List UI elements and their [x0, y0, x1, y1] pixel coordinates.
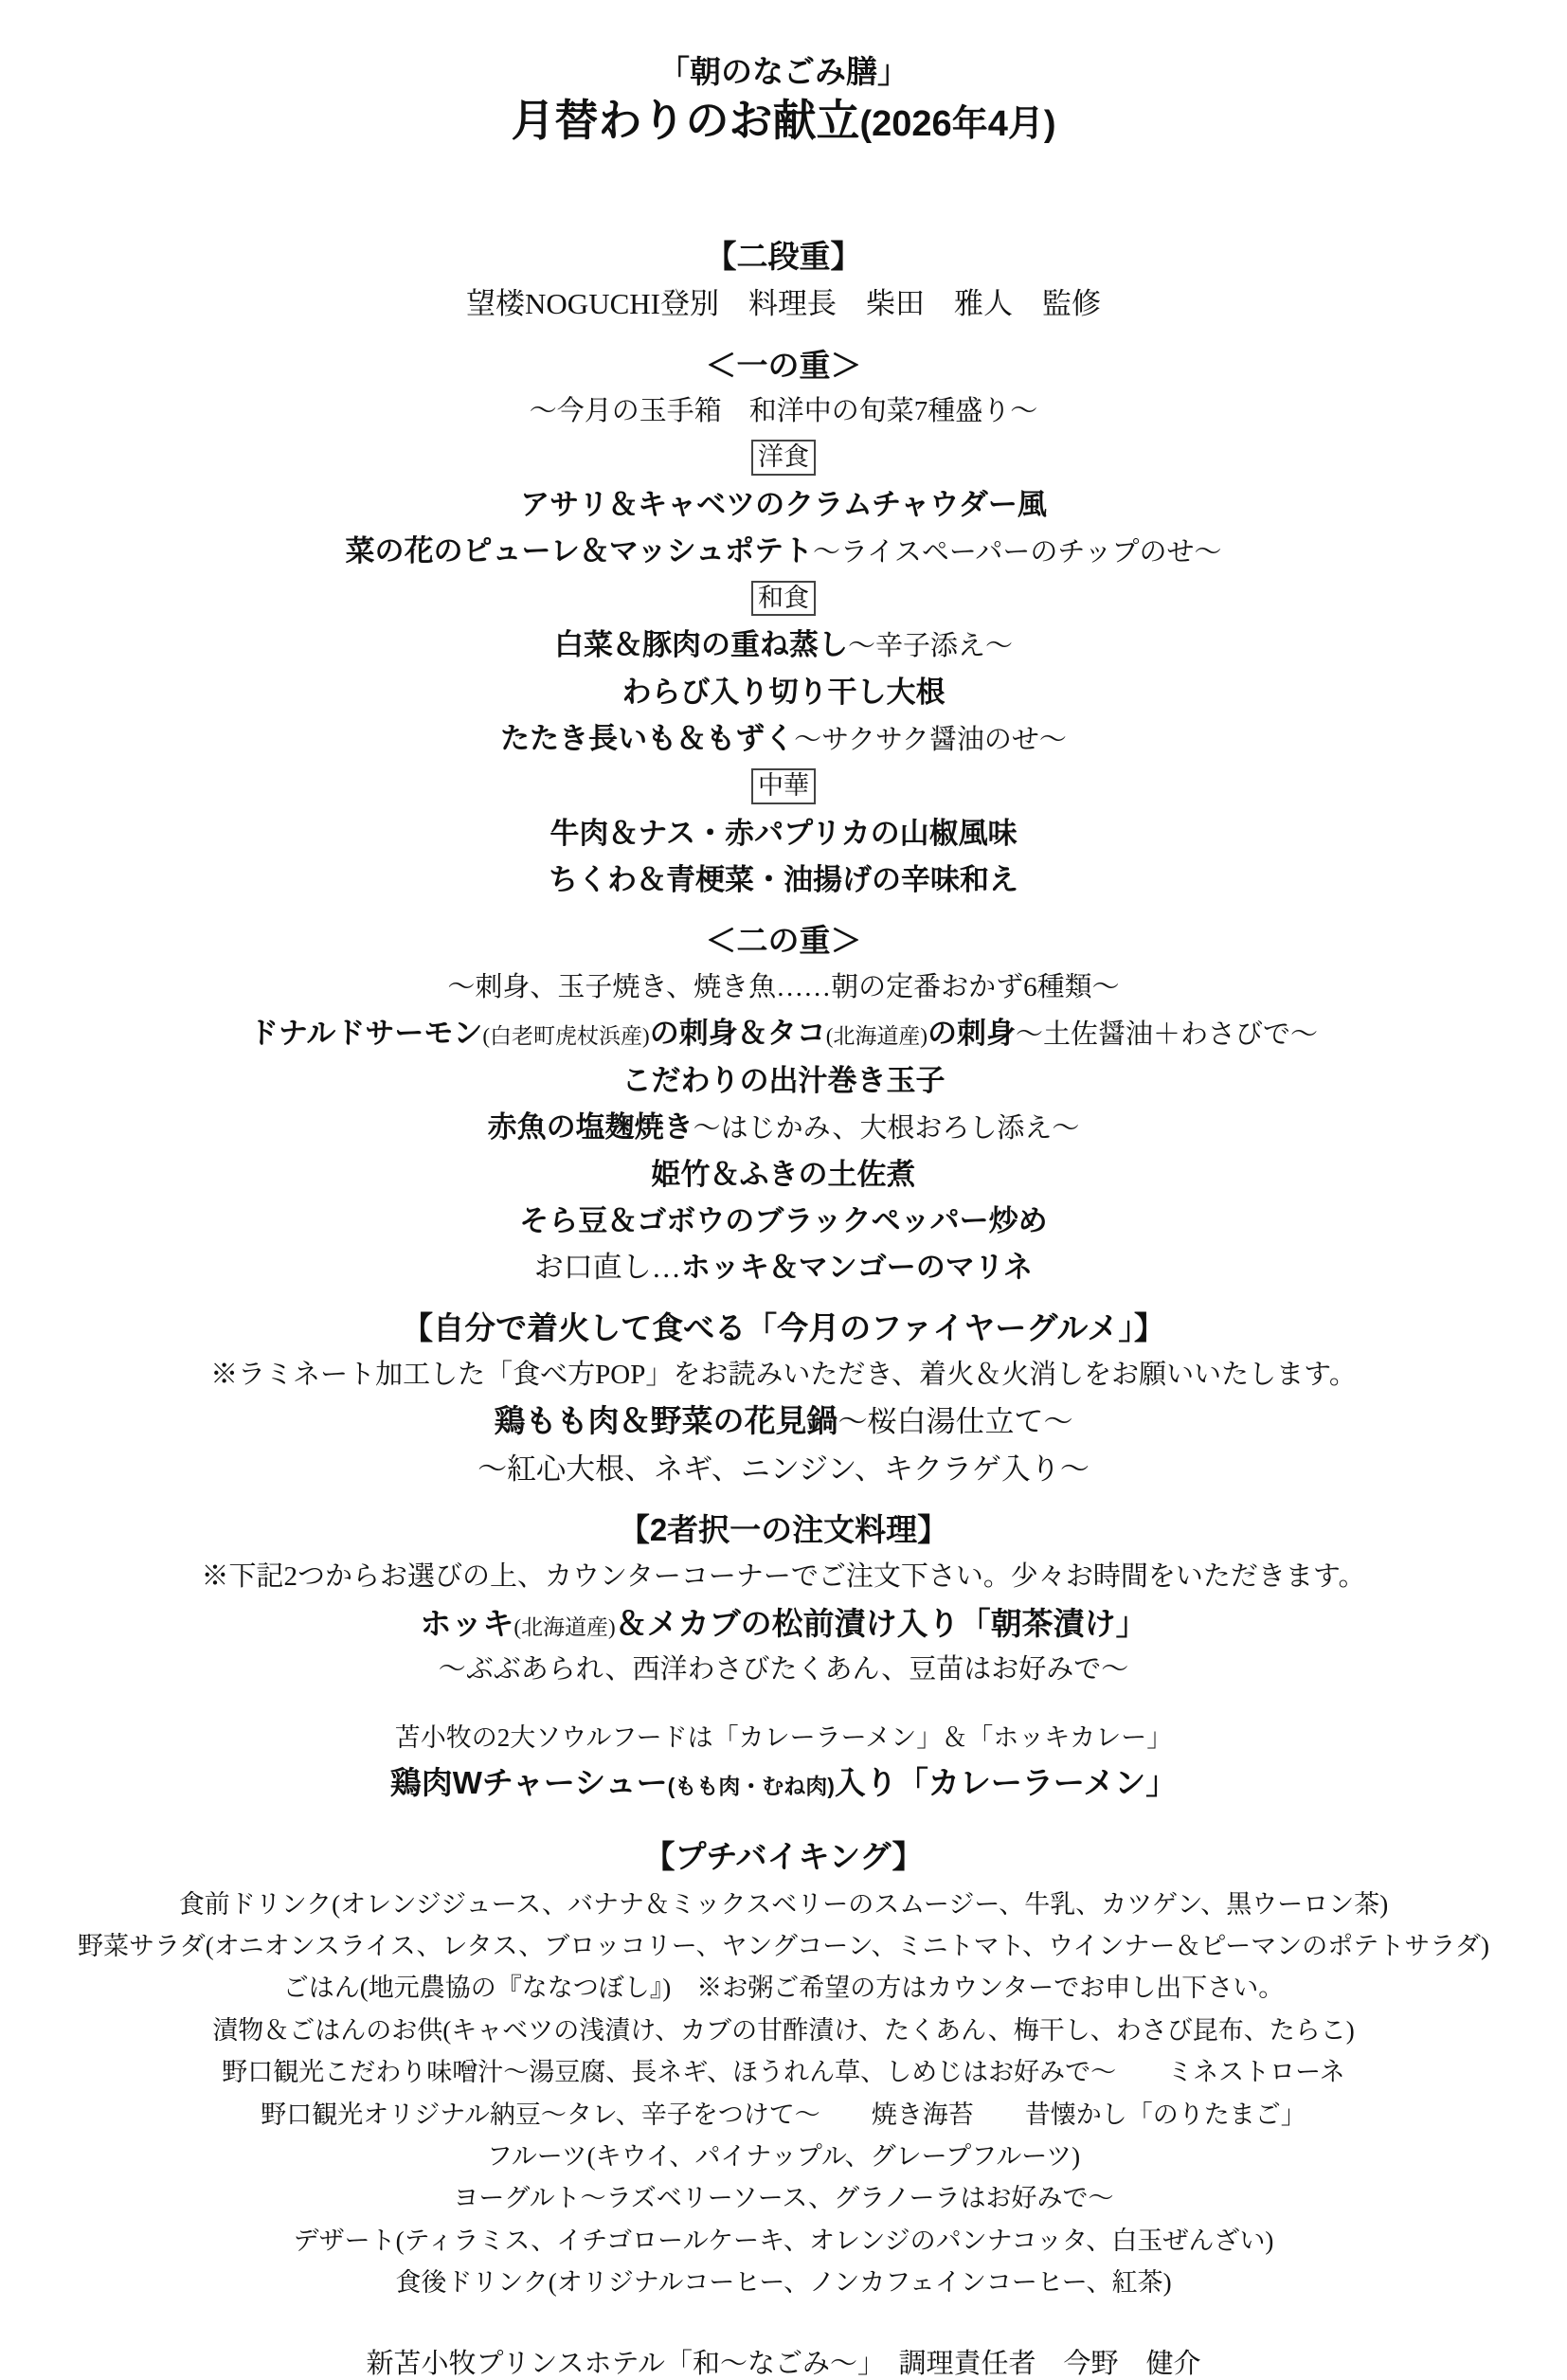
tagline-ni-no-juu-text: ～刺身、玉子焼き、焼き魚……朝の定番おかず6種類～	[447, 972, 1119, 1002]
tagline-ni-no-juu: ～刺身、玉子焼き、焼き魚……朝の定番おかず6種類～	[0, 971, 1567, 1004]
dish-nanohana-puree-text: ～ライスペーパーのチップのせ～	[813, 537, 1222, 568]
dish-tataki-nagaimo: たたき長いも＆もずく～サクサク醤油のせ～	[0, 721, 1567, 757]
item-salad-text: 野菜サラダ(オニオンスライス、レタス、ブロッコリー、ヤングコーン、ミニトマト、ウ…	[78, 1932, 1489, 1960]
item-gohan: ごはん(地元農協の『ななつぼし』) ※お粥ご希望の方はカウンターでお申し出下さい…	[0, 1973, 1567, 2003]
dish-curry-ramen-text: (もも肉・むね肉)	[668, 1774, 835, 1798]
item-misoshiru-text: 野口観光こだわり味噌汁～湯豆腐、長ネギ、ほうれん草、しめじはお好みで～ ミネスト…	[222, 2058, 1345, 2086]
item-gohan-text: ごはん(地元農協の『ななつぼし』) ※お粥ご希望の方はカウンターでお申し出下さい…	[283, 1974, 1284, 2002]
dish-nanohana-puree: 菜の花のピューレ＆マッシュポテト～ライスペーパーのチップのせ～	[0, 533, 1567, 569]
dish-curry-ramen-text: 鶏肉Wチャーシュー	[390, 1765, 668, 1800]
menu-lines: 「朝のなごみ膳」月替わりのお献立(2026年4月)【二段重】望楼NOGUCHI登…	[0, 53, 1567, 2380]
dish-chikuwa-chingensai-text: ちくわ＆青梗菜・油揚げの辛味和え	[549, 863, 1018, 896]
category-box-chuka: 中華	[0, 768, 1567, 804]
dish-okuchinaoshi-text: ホッキ＆マンゴーのマリネ	[681, 1251, 1033, 1284]
category-box-washoku: 和食	[0, 581, 1567, 617]
dish-tataki-nagaimo-text: たたき長いも＆もずく	[500, 722, 794, 755]
heading-chumon-ryori-text: 【2者択一の注文料理】	[619, 1512, 948, 1547]
title-main-text: (2026年4月)	[860, 104, 1056, 144]
note-soulfood-text: 苫小牧の2大ソウルフードは「カレーラーメン」＆「ホッキカレー」	[395, 1723, 1173, 1752]
item-tsukemono-text: 漬物＆ごはんのお供(キャベツの浅漬け、カブの甘酢漬け、たくあん、梅干し、わさび昆…	[212, 2016, 1354, 2045]
category-box-yoshoku-text: 洋食	[751, 440, 816, 476]
note-fire-gourmet: ※ラミネート加工した「食べ方POP」をお読みいただき、着火＆火消しをお願いいたし…	[0, 1359, 1567, 1392]
dish-clam-chowder: アサリ＆キャベツのクラムチャウダー風	[0, 487, 1567, 522]
dish-chikuwa-chingensai: ちくわ＆青梗菜・油揚げの辛味和え	[0, 862, 1567, 897]
heading-ichi-no-juu: ＜一の重＞	[0, 347, 1567, 385]
dish-sashimi-text: (北海道産)	[826, 1024, 928, 1048]
title-main: 月替わりのお献立(2026年4月)	[0, 95, 1567, 147]
dish-hanami-nabe-text: 鶏もも肉＆野菜の花見鍋	[495, 1403, 838, 1438]
item-misoshiru: 野口観光こだわり味噌汁～湯豆腐、長ネギ、ほうれん草、しめじはお好みで～ ミネスト…	[0, 2057, 1567, 2087]
dish-asa-chazuke-text: ホッキ	[420, 1606, 513, 1641]
dish-himetake-fuki-text: 姫竹＆ふきの土佐煮	[652, 1158, 916, 1191]
heading-ichi-no-juu-text: ＜一の重＞	[706, 348, 862, 383]
heading-nidan-juu: 【二段重】	[0, 238, 1567, 276]
category-box-washoku-text: 和食	[751, 581, 816, 617]
title-sub: 「朝のなごみ膳」	[0, 53, 1567, 91]
note-soulfood: 苫小牧の2大ソウルフードは「カレーラーメン」＆「ホッキカレー」	[0, 1722, 1567, 1753]
footer-line: 新苫小牧プリンスホテル「和～なごみ～」 調理責任者 今野 健介	[0, 2348, 1567, 2380]
item-natto: 野口観光オリジナル納豆～タレ、辛子をつけて～ 焼き海苔 昔懐かし「のりたまご」	[0, 2100, 1567, 2130]
item-fruits: フルーツ(キウイ、パイナップル、グレープフルーツ)	[0, 2141, 1567, 2172]
dish-nanohana-puree-text: 菜の花のピューレ＆マッシュポテト	[345, 534, 813, 568]
item-yogurt-text: ヨーグルト～ラズベリーソース、グラノーラはお好みで～	[453, 2184, 1113, 2212]
item-salad: 野菜サラダ(オニオンスライス、レタス、ブロッコリー、ヤングコーン、ミニトマト、ウ…	[0, 1931, 1567, 1961]
heading-petit-viking-text: 【プチバイキング】	[643, 1839, 923, 1874]
dish-asa-chazuke: ホッキ(北海道産)＆メカブの松前漬け入り「朝茶漬け」	[0, 1605, 1567, 1643]
dish-akauo-text: ～はじかみ、大根おろし添え～	[693, 1113, 1080, 1144]
item-drink-before: 食前ドリンク(オレンジジュース、バナナ＆ミックスベリーのスムージー、牛乳、カツゲ…	[0, 1889, 1567, 1920]
note-chumon-ryori-text: ※下記2つからお選びの上、カウンターコーナーでご注文下さい。少々お時間をいただき…	[201, 1561, 1365, 1592]
dish-beef-sansho: 牛肉＆ナス・赤パプリカの山椒風味	[0, 816, 1567, 851]
item-tsukemono: 漬物＆ごはんのお供(キャベツの浅漬け、カブの甘酢漬け、たくあん、梅干し、わさび昆…	[0, 2015, 1567, 2046]
dish-hanami-nabe-text: ～桜白湯仕立て～	[838, 1405, 1073, 1438]
tagline-ichi-no-juu: ～今月の玉手箱 和洋中の旬菜7種盛り～	[0, 395, 1567, 428]
title-sub-text: 「朝のなごみ膳」	[658, 54, 909, 89]
category-box-yoshoku: 洋食	[0, 440, 1567, 476]
note-asa-chazuke: ～ぶぶあられ、西洋わさびたくあん、豆苗はお好みで～	[0, 1653, 1567, 1686]
heading-ni-no-juu-text: ＜二の重＞	[706, 923, 862, 958]
dish-asa-chazuke-text: (北海道産)	[513, 1615, 615, 1639]
dish-hakusai-pork-text: ～辛子添え～	[848, 631, 1013, 661]
heading-ni-no-juu: ＜二の重＞	[0, 922, 1567, 960]
dish-curry-ramen: 鶏肉Wチャーシュー(もも肉・むね肉)入り「カレーラーメン」	[0, 1764, 1567, 1802]
dish-dashimaki: こだわりの出汁巻き玉子	[0, 1063, 1567, 1098]
footer-line-text: 新苫小牧プリンスホテル「和～なごみ～」 調理責任者 今野 健介	[366, 2349, 1200, 2379]
note-hanami-nabe: ～紅心大根、ネギ、ニンジン、キクラゲ入り～	[0, 1451, 1567, 1487]
dish-hakusai-pork-text: 白菜＆豚肉の重ね蒸し	[554, 628, 848, 661]
dish-warabi-daikon-text: わらび入り切り干し大根	[622, 676, 946, 709]
item-fruits-text: フルーツ(キウイ、パイナップル、グレープフルーツ)	[487, 2142, 1080, 2171]
dish-himetake-fuki: 姫竹＆ふきの土佐煮	[0, 1157, 1567, 1192]
item-drink-after-text: 食後ドリンク(オリジナルコーヒー、ノンカフェインコーヒー、紅茶)	[395, 2268, 1171, 2297]
dish-sashimi-text: の刺身＆タコ	[650, 1017, 826, 1050]
supervisor-line-text: 望楼NOGUCHI登別 料理長 柴田 雅人 監修	[466, 287, 1101, 320]
dish-soramame-gobo: そら豆＆ゴボウのブラックペッパー炒め	[0, 1203, 1567, 1238]
title-main-text: 月替わりのお献立	[512, 96, 860, 145]
heading-fire-gourmet: 【自分で着火して食べる「今月のファイヤーグルメ」】	[0, 1309, 1567, 1347]
heading-fire-gourmet-text: 【自分で着火して食べる「今月のファイヤーグルメ」】	[402, 1310, 1165, 1345]
dish-warabi-daikon: わらび入り切り干し大根	[0, 675, 1567, 710]
tagline-ichi-no-juu-text: ～今月の玉手箱 和洋中の旬菜7種盛り～	[530, 396, 1038, 426]
note-chumon-ryori: ※下記2つからお選びの上、カウンターコーナーでご注文下さい。少々お時間をいただき…	[0, 1560, 1567, 1594]
dish-akauo-text: 赤魚の塩麹焼き	[488, 1110, 693, 1144]
dish-hakusai-pork: 白菜＆豚肉の重ね蒸し～辛子添え～	[0, 627, 1567, 663]
dish-akauo: 赤魚の塩麹焼き～はじかみ、大根おろし添え～	[0, 1109, 1567, 1145]
dish-curry-ramen-text: 入り「カレーラーメン」	[835, 1765, 1177, 1800]
dish-sashimi-text: ～土佐醤油＋わさびで～	[1016, 1019, 1318, 1050]
dish-dashimaki-text: こだわりの出汁巻き玉子	[622, 1064, 946, 1097]
note-hanami-nabe-text: ～紅心大根、ネギ、ニンジン、キクラゲ入り～	[477, 1452, 1090, 1486]
item-drink-after: 食後ドリンク(オリジナルコーヒー、ノンカフェインコーヒー、紅茶)	[0, 2267, 1567, 2298]
item-drink-before-text: 食前ドリンク(オレンジジュース、バナナ＆ミックスベリーのスムージー、牛乳、カツゲ…	[179, 1890, 1389, 1919]
dish-sashimi-text: の刺身	[928, 1017, 1016, 1050]
item-natto-text: 野口観光オリジナル納豆～タレ、辛子をつけて～ 焼き海苔 昔懐かし「のりたまご」	[261, 2101, 1306, 2129]
item-dessert: デザート(ティラミス、イチゴロールケーキ、オレンジのパンナコッタ、白玉ぜんざい)	[0, 2226, 1567, 2256]
supervisor-line: 望楼NOGUCHI登別 料理長 柴田 雅人 監修	[0, 286, 1567, 321]
note-asa-chazuke-text: ～ぶぶあられ、西洋わさびたくあん、豆苗はお好みで～	[439, 1654, 1128, 1685]
menu-page: 「朝のなごみ膳」月替わりのお献立(2026年4月)【二段重】望楼NOGUCHI登…	[0, 0, 1567, 2380]
item-yogurt: ヨーグルト～ラズベリーソース、グラノーラはお好みで～	[0, 2183, 1567, 2213]
note-fire-gourmet-text: ※ラミネート加工した「食べ方POP」をお読みいただき、着火＆火消しをお願いいたし…	[210, 1360, 1357, 1390]
dish-beef-sansho-text: 牛肉＆ナス・赤パプリカの山椒風味	[549, 817, 1017, 850]
dish-tataki-nagaimo-text: ～サクサク醤油のせ～	[794, 725, 1067, 755]
item-dessert-text: デザート(ティラミス、イチゴロールケーキ、オレンジのパンナコッタ、白玉ぜんざい)	[294, 2227, 1274, 2255]
dish-okuchinaoshi: お口直し…ホッキ＆マンゴーのマリネ	[0, 1250, 1567, 1285]
heading-chumon-ryori: 【2者択一の注文料理】	[0, 1511, 1567, 1549]
dish-asa-chazuke-text: ＆メカブの松前漬け入り「朝茶漬け」	[616, 1606, 1147, 1641]
dish-hanami-nabe: 鶏もも肉＆野菜の花見鍋～桜白湯仕立て～	[0, 1402, 1567, 1440]
dish-sashimi-text: ドナルドサーモン	[249, 1017, 482, 1050]
heading-petit-viking: 【プチバイキング】	[0, 1838, 1567, 1876]
dish-clam-chowder-text: アサリ＆キャベツのクラムチャウダー風	[520, 488, 1047, 521]
dish-okuchinaoshi-text: お口直し…	[534, 1251, 681, 1284]
heading-nidan-juu-text: 【二段重】	[706, 239, 862, 274]
category-box-chuka-text: 中華	[751, 768, 816, 804]
dish-soramame-gobo-text: そら豆＆ゴボウのブラックペッパー炒め	[519, 1204, 1047, 1237]
dish-sashimi: ドナルドサーモン(白老町虎杖浜産)の刺身＆タコ(北海道産)の刺身～土佐醤油＋わさ…	[0, 1016, 1567, 1052]
dish-sashimi-text: (白老町虎杖浜産)	[482, 1024, 649, 1048]
